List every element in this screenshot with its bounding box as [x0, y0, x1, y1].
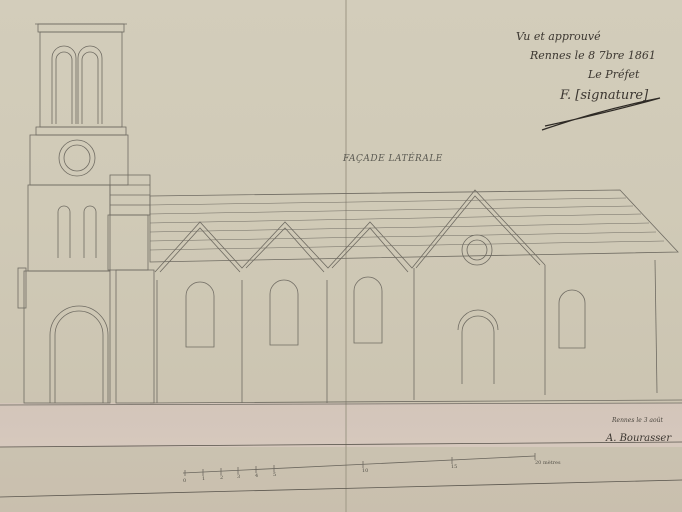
scale-tick-label: 1	[202, 476, 205, 482]
elevation-drawing	[0, 0, 682, 512]
architect-date: Rennes le 3 août	[612, 417, 663, 424]
scale-tick-label: 2	[220, 475, 223, 481]
scale-tick-label: 0	[183, 478, 186, 484]
drawing-sheet: FAÇADE LATÉRALE Vu et approuvé Rennes le…	[0, 0, 682, 512]
scale-tick-label: 10	[362, 468, 368, 474]
approval-line-1: Vu et approuvé	[516, 30, 601, 43]
prefect-signature: F. [signature]	[560, 88, 648, 103]
scale-tick-label: 5	[273, 472, 276, 478]
approval-line-2: Rennes le 8 7bre 1861	[530, 49, 656, 62]
scale-tick-label: 3	[237, 474, 240, 480]
drawing-title: FAÇADE LATÉRALE	[343, 154, 443, 164]
scale-tick-label: 20 mètres	[535, 460, 561, 466]
architect-signature: A. Bourasser	[606, 433, 671, 444]
scale-tick-label: 4	[255, 473, 258, 479]
approval-line-3: Le Préfet	[588, 68, 639, 81]
scale-tick-label: 15	[451, 464, 457, 470]
